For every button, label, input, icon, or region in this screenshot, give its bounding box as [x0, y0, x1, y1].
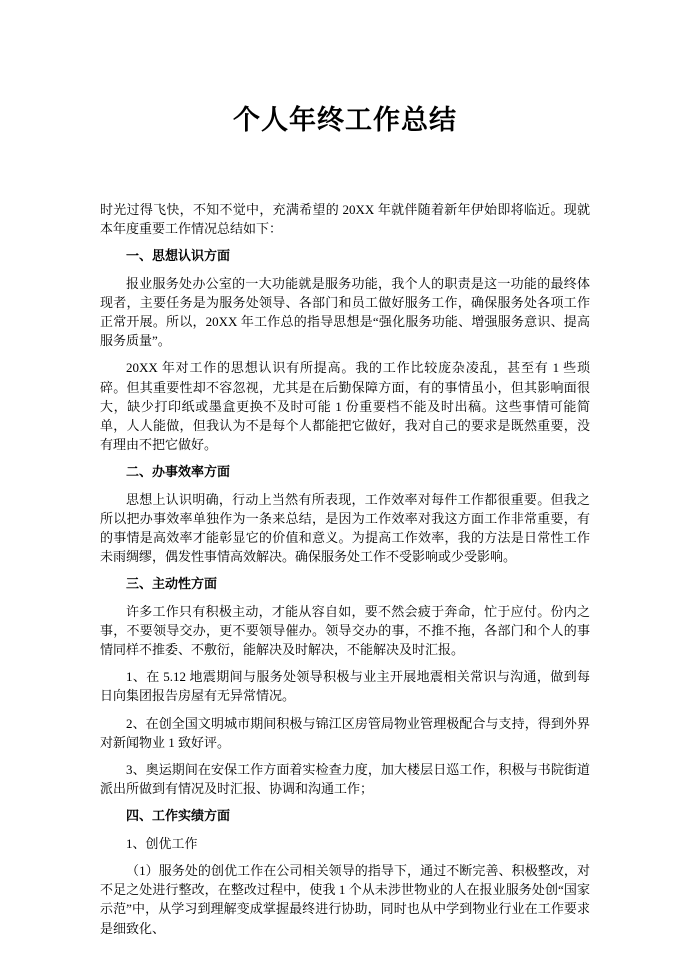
paragraph: 2、在创全国文明城市期间积极与锦江区房管局物业管理极配合与支持，得到外界对新闻物…	[100, 714, 590, 752]
paragraph: 1、在 5.12 地震期间与服务处领导积极与业主开展地震相关常识与沟通，做到每日…	[100, 667, 590, 705]
paragraph: 报业服务处办公室的一大功能就是服务功能，我个人的职责是这一功能的最终体现者，主要…	[100, 274, 590, 351]
paragraph: 3、奥运期间在安保工作方面着实检查力度，加大楼层日巡工作，积极与书院街道派出所做…	[100, 760, 590, 798]
paragraph: 时光过得飞快，不知不觉中，充满希望的 20XX 年就伴随着新年伊始即将临近。现就…	[100, 200, 590, 238]
section-heading: 二、办事效率方面	[100, 462, 590, 481]
document-title: 个人年终工作总结	[100, 0, 590, 138]
paragraph: （1）服务处的创优工作在公司相关领导的指导下，通过不断完善、积极整改，对不足之处…	[100, 861, 590, 938]
paragraph: 许多工作只有积极主动，才能从容自如，要不然会疲于奔命，忙于应付。份内之事，不要领…	[100, 602, 590, 660]
paragraph: 20XX 年对工作的思想认识有所提高。我的工作比较庞杂凌乱，甚至有 1 些琐碎。…	[100, 358, 590, 454]
document-page: 个人年终工作总结 时光过得飞快，不知不觉中，充满希望的 20XX 年就伴随着新年…	[0, 0, 690, 976]
section-heading: 四、工作实绩方面	[100, 806, 590, 825]
paragraph: 1、创优工作	[100, 834, 590, 853]
document-body: 时光过得飞快，不知不觉中，充满希望的 20XX 年就伴随着新年伊始即将临近。现就…	[100, 200, 590, 938]
section-heading: 一、思想认识方面	[100, 246, 590, 265]
section-heading: 三、主动性方面	[100, 574, 590, 593]
paragraph: 思想上认识明确，行动上当然有所表现，工作效率对每件工作都很重要。但我之所以把办事…	[100, 490, 590, 567]
